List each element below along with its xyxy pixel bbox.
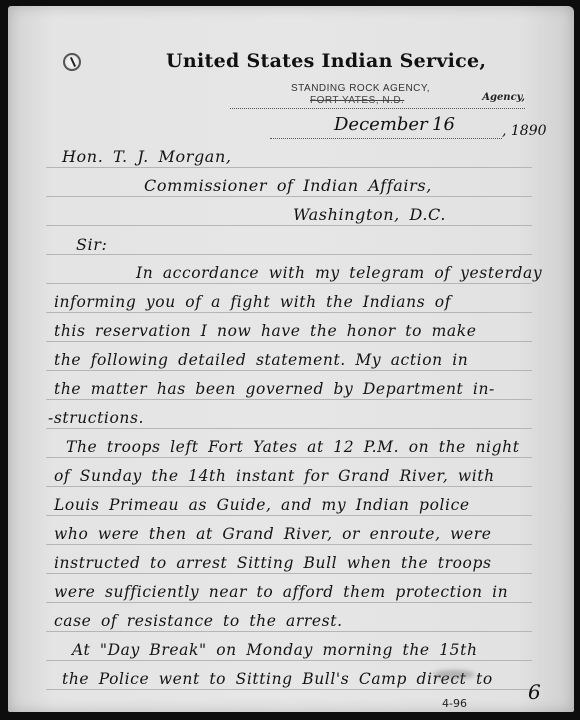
body-line: who were then at Grand River, or enroute…	[54, 525, 492, 543]
ruled-line	[46, 312, 532, 313]
ruled-line	[46, 399, 532, 400]
date-month: December	[334, 114, 428, 135]
body-line: this reservation I now have the honor to…	[54, 322, 477, 340]
ruled-line	[46, 196, 532, 197]
body-line: informing you of a fight with the Indian…	[54, 293, 451, 311]
date-row: December 16	[270, 116, 502, 139]
ruled-line	[46, 457, 532, 458]
letterhead-agency-suffix: Agency,	[479, 92, 525, 103]
body-line: were sufficiently near to afford them pr…	[54, 583, 508, 601]
ruled-line	[46, 428, 532, 429]
ruled-line	[46, 225, 532, 226]
ruled-line	[46, 660, 532, 661]
body-line: In accordance with my telegram of yester…	[136, 264, 542, 282]
body-line: the Police went to Sitting Bull's Camp d…	[62, 670, 493, 688]
ruled-line	[46, 602, 532, 603]
ruled-line	[46, 254, 532, 255]
letter-page: United States Indian Service, STANDING R…	[8, 6, 574, 712]
body-line: -structions.	[48, 409, 144, 427]
ruled-line	[46, 370, 532, 371]
letterhead-title: United States Indian Service,	[166, 50, 486, 72]
ruled-line	[46, 544, 532, 545]
body-line: of Sunday the 14th instant for Grand Riv…	[54, 467, 495, 485]
ruled-line	[46, 283, 532, 284]
body-line: instructed to arrest Sitting Bull when t…	[54, 554, 492, 572]
ruled-line	[46, 631, 532, 632]
ruled-line	[46, 515, 532, 516]
addressee-city: Washington, D.C.	[293, 205, 446, 224]
date-year: , 1890	[502, 123, 547, 139]
ruled-line	[46, 486, 532, 487]
ruled-line	[46, 167, 532, 168]
body-line: Louis Primeau as Guide, and my Indian po…	[54, 496, 470, 514]
body-line: case of resistance to the arrest.	[54, 612, 343, 630]
letterhead-agency: STANDING ROCK AGENCY,	[291, 83, 430, 94]
ruled-line	[46, 689, 532, 690]
page-number: 6	[528, 680, 541, 704]
body-line: the following detailed statement. My act…	[54, 351, 468, 369]
body-line: At "Day Break" on Monday morning the 15t…	[72, 641, 478, 659]
date-day: 16	[432, 114, 455, 135]
letterhead-location-row: FORT YATES, N.D. Agency,	[230, 94, 525, 109]
ruled-line	[46, 573, 532, 574]
ink-smudge	[433, 670, 475, 679]
addressee-title: Commissioner of Indian Affairs,	[144, 176, 432, 195]
archive-number: 4-96	[442, 697, 467, 710]
ruled-line	[46, 341, 532, 342]
punch-hole-icon	[63, 53, 81, 71]
addressee-name: Hon. T. J. Morgan,	[62, 147, 232, 166]
letterhead-location: FORT YATES, N.D.	[310, 95, 404, 106]
salutation: Sir:	[76, 235, 108, 254]
body-line: The troops left Fort Yates at 12 P.M. on…	[66, 438, 520, 456]
body-line: the matter has been governed by Departme…	[54, 380, 495, 398]
